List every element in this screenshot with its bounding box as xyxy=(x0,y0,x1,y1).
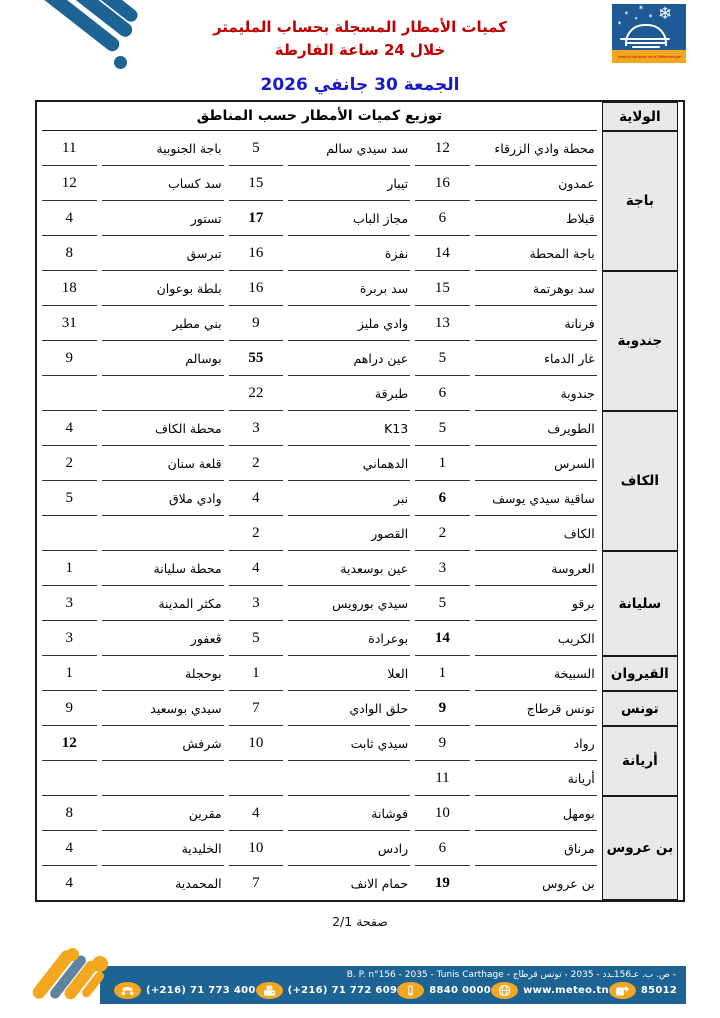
governorate-cell: القيروان xyxy=(602,656,678,691)
station-name-cell: باجة المحطة xyxy=(475,236,597,271)
station-value-cell: 16 xyxy=(229,236,283,271)
report-title-block: كميات الأمطار المسجلة بحساب المليمتر خلا… xyxy=(150,16,570,95)
governorate-cell: بن عروس xyxy=(602,796,678,900)
station-value-cell: 5 xyxy=(415,341,469,376)
station-value-cell: 4 xyxy=(229,551,283,586)
table-row: باجة المحطة14نفزة16تبرسق8 xyxy=(42,236,678,271)
station-name-cell: سد سيدي سالم xyxy=(288,131,410,166)
station-name-cell: نفزة xyxy=(288,236,410,271)
station-value-cell: 4 xyxy=(42,411,97,446)
station-value-cell xyxy=(42,376,97,411)
station-value-cell: 14 xyxy=(415,621,469,656)
station-name-cell: العروسة xyxy=(475,551,597,586)
station-name-cell: شرفش xyxy=(102,726,224,761)
table-row: تونستونس قرطاج9حلق الوادي7سيدي بوسعيد9 xyxy=(42,691,678,726)
station-value-cell: 13 xyxy=(415,306,469,341)
station-name-cell: القصور xyxy=(288,516,410,551)
station-value-cell: 9 xyxy=(415,726,469,761)
station-value-cell: 10 xyxy=(415,796,469,831)
station-name-cell: ساقية سيدي يوسف xyxy=(475,481,597,516)
station-value-cell: 4 xyxy=(229,796,283,831)
station-name-cell: قلعة سنان xyxy=(102,446,224,481)
inm-logo: ❄ ✶ ✶ ✶ ✶ ✶ Institut National de la Mété… xyxy=(612,4,686,64)
report-title-line1: كميات الأمطار المسجلة بحساب المليمتر xyxy=(150,16,570,39)
station-value-cell: 6 xyxy=(415,831,469,866)
station-name-cell: تستور xyxy=(102,201,224,236)
station-value-cell: 14 xyxy=(415,236,469,271)
station-name-cell: بوحجلة xyxy=(102,656,224,691)
station-value-cell: 17 xyxy=(229,201,283,236)
contact-label: www.meteo.tn xyxy=(523,985,609,996)
document-page: كميات الأمطار المسجلة بحساب المليمتر خلا… xyxy=(0,0,720,1018)
table-row: فرنانة13وادي مليز9بني مطير31 xyxy=(42,306,678,341)
governorate-cell: تونس xyxy=(602,691,678,726)
table-row: باجةمحطة وادي الزرقاء12سد سيدي سالم5باجة… xyxy=(42,131,678,166)
station-name-cell: محطة الكاف xyxy=(102,411,224,446)
station-name-cell: فرنانة xyxy=(475,306,597,341)
station-value-cell: 9 xyxy=(229,306,283,341)
station-value-cell: 6 xyxy=(415,201,469,236)
station-value-cell: 7 xyxy=(229,866,283,900)
station-value-cell: 1 xyxy=(229,656,283,691)
inm-logo-artwork: ❄ ✶ ✶ ✶ ✶ ✶ xyxy=(612,4,686,50)
star-icon: ✶ xyxy=(617,21,622,27)
table-row: بن عروسبومهل10فوشانة4مقرين8 xyxy=(42,796,678,831)
station-name-cell: الكاف xyxy=(475,516,597,551)
station-name-cell: بن عروس xyxy=(475,866,597,900)
contact-item: (+216) 71 773 400 xyxy=(114,982,256,999)
station-value-cell: 2 xyxy=(229,516,283,551)
governorate-column-header: الولاية xyxy=(602,102,678,131)
station-name-cell: الدهماني xyxy=(288,446,410,481)
station-name-cell: بلطة بوعوان xyxy=(102,271,224,306)
footer-stripes-decoration xyxy=(26,946,126,1008)
station-value-cell xyxy=(229,761,283,796)
dot-icon xyxy=(92,956,108,972)
governorate-cell: سليانة xyxy=(602,551,678,656)
station-name-cell: K13 xyxy=(288,411,410,446)
report-title-line2: خلال 24 ساعة الفارطة xyxy=(150,39,570,62)
contact-label: (+216) 71 773 400 xyxy=(146,985,256,996)
station-name-cell: تبرسق xyxy=(102,236,224,271)
station-name-cell: السرس xyxy=(475,446,597,481)
station-name-cell: سيدي ثابت xyxy=(288,726,410,761)
station-name-cell: باجة الجنوبية xyxy=(102,131,224,166)
station-value-cell: 5 xyxy=(229,621,283,656)
station-value-cell: 31 xyxy=(42,306,97,341)
station-value-cell: 55 xyxy=(229,341,283,376)
station-value-cell: 6 xyxy=(415,376,469,411)
station-name-cell: الخليدية xyxy=(102,831,224,866)
contact-label: 85012 xyxy=(641,985,677,996)
table-row: بن عروس19حمام الانف7المحمدية4 xyxy=(42,866,678,900)
station-name-cell: مكثر المدينة xyxy=(102,586,224,621)
table-row: جندوبةسد بوهرتمة15سد بربرة16بلطة بوعوان1… xyxy=(42,271,678,306)
station-value-cell: 4 xyxy=(42,201,97,236)
station-name-cell: تونس قرطاج xyxy=(475,691,597,726)
station-value-cell: 6 xyxy=(415,481,469,516)
star-icon: ✶ xyxy=(634,17,638,22)
station-value-cell: 16 xyxy=(415,166,469,201)
station-value-cell: 11 xyxy=(415,761,469,796)
station-name-cell: رادس xyxy=(288,831,410,866)
table-row: ساقية سيدي يوسف6نبر4وادي ملاق5 xyxy=(42,481,678,516)
star-icon: ✶ xyxy=(624,11,629,17)
station-name-cell: العلا xyxy=(288,656,410,691)
station-value-cell: 19 xyxy=(415,866,469,900)
station-name-cell: الكريب xyxy=(475,621,597,656)
table-row: سليانةالعروسة3عين بوسعدية4محطة سليانة1 xyxy=(42,551,678,586)
station-name-cell: عين دراهم xyxy=(288,341,410,376)
station-name-cell: السبيخة xyxy=(475,656,597,691)
station-value-cell: 15 xyxy=(229,166,283,201)
sms-icon xyxy=(609,982,636,999)
station-value-cell: 10 xyxy=(229,726,283,761)
station-name-cell: طبرقة xyxy=(288,376,410,411)
station-name-cell: حمام الانف xyxy=(288,866,410,900)
station-name-cell: قبلاط xyxy=(475,201,597,236)
contact-label: 8840 0000 xyxy=(429,985,491,996)
contact-item: 85012 xyxy=(609,982,677,999)
table-row: الكريب14بوعرادة5ڨعفور3 xyxy=(42,621,678,656)
station-name-cell: بني مطير xyxy=(102,306,224,341)
dot-icon xyxy=(66,948,79,961)
table-row: الكاف2القصور2 xyxy=(42,516,678,551)
station-value-cell: 3 xyxy=(229,586,283,621)
station-value-cell: 8 xyxy=(42,796,97,831)
station-value-cell: 1 xyxy=(42,551,97,586)
contact-item: (+216) 71 772 609 xyxy=(256,982,398,999)
station-value-cell: 2 xyxy=(415,516,469,551)
governorate-cell: الكاف xyxy=(602,411,678,551)
station-name-cell: بوعرادة xyxy=(288,621,410,656)
governorate-cell: أريانة xyxy=(602,726,678,796)
footer-address: B. P. n°156 - 2035 - Tunis Carthage - ص.… xyxy=(100,966,686,980)
station-name-cell: سيدي بورويس xyxy=(288,586,410,621)
station-value-cell: 1 xyxy=(42,656,97,691)
table-row: جندوبة6طبرقة22 xyxy=(42,376,678,411)
station-value-cell: 5 xyxy=(415,411,469,446)
star-icon: ✶ xyxy=(648,14,653,20)
station-value-cell: 8 xyxy=(42,236,97,271)
station-name-cell: محطة سليانة xyxy=(102,551,224,586)
station-name-cell: حلق الوادي xyxy=(288,691,410,726)
inm-logo-band: Institut National de la Météorologie xyxy=(612,50,686,63)
wave-icon xyxy=(626,42,666,44)
station-value-cell: 4 xyxy=(42,866,97,900)
table-header-row: الولاية توزيع كميات الأمطار حسب المناطق xyxy=(42,102,678,131)
station-name-cell: مقرين xyxy=(102,796,224,831)
station-name-cell: غار الدماء xyxy=(475,341,597,376)
station-name-cell: مرناق xyxy=(475,831,597,866)
station-value-cell: 9 xyxy=(415,691,469,726)
table-row: الكافالطويرف5K133محطة الكاف4 xyxy=(42,411,678,446)
contact-item: 8840 0000 xyxy=(397,982,491,999)
station-value-cell: 11 xyxy=(42,131,97,166)
contact-item: www.meteo.tn xyxy=(491,982,609,999)
station-name-cell: مجاز الباب xyxy=(288,201,410,236)
station-value-cell: 4 xyxy=(42,831,97,866)
station-value-cell xyxy=(42,516,97,551)
station-value-cell: 3 xyxy=(415,551,469,586)
station-name-cell: سد بوهرتمة xyxy=(475,271,597,306)
station-name-cell: المحمدية xyxy=(102,866,224,900)
station-value-cell: 7 xyxy=(229,691,283,726)
table-row: أريانةرواد9سيدي ثابت10شرفش12 xyxy=(42,726,678,761)
letterhead-stripes-logo xyxy=(18,0,148,86)
station-value-cell: 5 xyxy=(42,481,97,516)
station-value-cell: 12 xyxy=(42,726,97,761)
station-name-cell xyxy=(102,761,224,796)
station-name-cell: برقو xyxy=(475,586,597,621)
dot-icon xyxy=(114,56,127,69)
station-value-cell: 12 xyxy=(415,131,469,166)
station-name-cell xyxy=(102,376,224,411)
station-value-cell: 1 xyxy=(415,446,469,481)
table-row: قبلاط6مجاز الباب17تستور4 xyxy=(42,201,678,236)
station-name-cell: تيبار xyxy=(288,166,410,201)
station-value-cell: 5 xyxy=(229,131,283,166)
station-value-cell: 3 xyxy=(42,621,97,656)
station-name-cell: عمدون xyxy=(475,166,597,201)
table-row: القيروانالسبيخة1العلا1بوحجلة1 xyxy=(42,656,678,691)
station-name-cell: بوسالم xyxy=(102,341,224,376)
wave-icon xyxy=(632,46,660,48)
station-value-cell: 16 xyxy=(229,271,283,306)
station-name-cell: نبر xyxy=(288,481,410,516)
contact-label: (+216) 71 772 609 xyxy=(288,985,398,996)
station-value-cell: 1 xyxy=(415,656,469,691)
station-value-cell: 18 xyxy=(42,271,97,306)
station-value-cell xyxy=(42,761,97,796)
mobile-phone-icon xyxy=(397,982,424,999)
station-name-cell: وادي ملاق xyxy=(102,481,224,516)
globe-icon xyxy=(491,982,518,999)
report-date: الجمعة 30 جانفي 2026 xyxy=(150,75,570,95)
station-name-cell: بومهل xyxy=(475,796,597,831)
table-row: أريانة11 xyxy=(42,761,678,796)
station-value-cell: 22 xyxy=(229,376,283,411)
station-name-cell: ڨعفور xyxy=(102,621,224,656)
footer-contacts: (+216) 71 773 400(+216) 71 772 6098840 0… xyxy=(100,980,686,999)
station-name-cell: أريانة xyxy=(475,761,597,796)
governorate-cell: جندوبة xyxy=(602,271,678,411)
station-name-cell: جندوبة xyxy=(475,376,597,411)
wave-icon xyxy=(620,38,670,40)
station-name-cell: الطويرف xyxy=(475,411,597,446)
station-name-cell xyxy=(288,761,410,796)
station-name-cell: سيدي بوسعيد xyxy=(102,691,224,726)
page-number: صفحة 2/1 xyxy=(0,914,720,929)
table-row: عمدون16تيبار15سد كساب12 xyxy=(42,166,678,201)
station-value-cell: 5 xyxy=(415,586,469,621)
station-value-cell: 12 xyxy=(42,166,97,201)
station-value-cell: 15 xyxy=(415,271,469,306)
station-name-cell: سد كساب xyxy=(102,166,224,201)
station-value-cell: 2 xyxy=(42,446,97,481)
station-name-cell: عين بوسعدية xyxy=(288,551,410,586)
governorate-cell: باجة xyxy=(602,131,678,271)
station-value-cell: 3 xyxy=(229,411,283,446)
station-value-cell: 3 xyxy=(42,586,97,621)
table-row: برقو5سيدي بورويس3مكثر المدينة3 xyxy=(42,586,678,621)
table-row: مرناق6رادس10الخليدية4 xyxy=(42,831,678,866)
station-value-cell: 4 xyxy=(229,481,283,516)
table-main-header: توزيع كميات الأمطار حسب المناطق xyxy=(42,102,597,131)
station-name-cell xyxy=(102,516,224,551)
footer-bar: B. P. n°156 - 2035 - Tunis Carthage - ص.… xyxy=(100,966,686,1004)
station-name-cell: سد بربرة xyxy=(288,271,410,306)
station-name-cell: محطة وادي الزرقاء xyxy=(475,131,597,166)
station-value-cell: 9 xyxy=(42,691,97,726)
station-value-cell: 10 xyxy=(229,831,283,866)
station-name-cell: وادي مليز xyxy=(288,306,410,341)
station-value-cell: 2 xyxy=(229,446,283,481)
station-name-cell: رواد xyxy=(475,726,597,761)
station-value-cell: 9 xyxy=(42,341,97,376)
fax-icon xyxy=(256,982,283,999)
inm-logo-caption: Institut National de la Météorologie xyxy=(617,54,680,59)
snowflake-icon: ❄ xyxy=(658,6,672,23)
rainfall-table: الولاية توزيع كميات الأمطار حسب المناطق … xyxy=(35,100,685,902)
station-name-cell: فوشانة xyxy=(288,796,410,831)
star-icon: ✶ xyxy=(638,5,644,12)
table-row: غار الدماء5عين دراهم55بوسالم9 xyxy=(42,341,678,376)
table-row: السرس1الدهماني2قلعة سنان2 xyxy=(42,446,678,481)
